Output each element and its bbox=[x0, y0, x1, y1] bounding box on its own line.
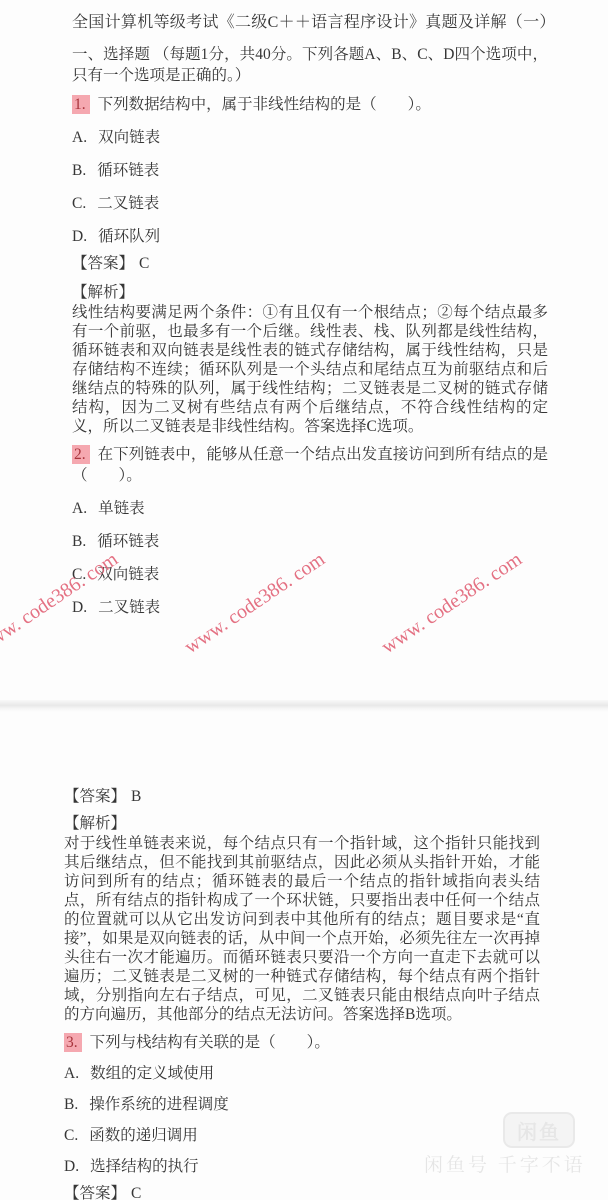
option-text: 函数的递归调用 bbox=[89, 1127, 198, 1144]
question-3-option-b: B.操作系统的进程调度 bbox=[64, 1094, 540, 1115]
question-3-option-a: A.数组的定义域使用 bbox=[64, 1063, 540, 1084]
option-key: D. bbox=[72, 228, 87, 245]
question-3-text: 下列与栈结构有关联的是（ ）。 bbox=[90, 1034, 330, 1051]
option-text: 单链表 bbox=[98, 500, 145, 517]
answer-letter: C bbox=[139, 255, 149, 272]
page-1-content: 全国计算机等级考试《二级C＋＋语言程序设计》真题及详解（一） 一、选择题 （每题… bbox=[0, 0, 608, 618]
question-2-answer: 【答案】B bbox=[64, 786, 540, 807]
xianyu-account-caption: 闲鱼号 千字不语 bbox=[424, 1150, 586, 1177]
question-2-option-b: B.循环链表 bbox=[72, 531, 548, 552]
question-1-analysis: 线性结构要满足两个条件：①有且仅有一个根结点；②每个结点最多有一个前驱，也最多有… bbox=[72, 303, 548, 436]
question-1: 1.下列数据结构中，属于非线性结构的是（ ）。 bbox=[72, 94, 548, 115]
option-key: B. bbox=[72, 162, 86, 179]
question-1-number-highlight: 1. bbox=[72, 95, 90, 114]
question-1-option-b: B.循环链表 bbox=[72, 160, 548, 181]
section-header: 一、选择题 （每题1分，共40分。下列各题A、B、C、D四个选项中，只有一个选项… bbox=[72, 44, 548, 86]
question-1-option-c: C.二叉链表 bbox=[72, 193, 548, 214]
option-key: B. bbox=[64, 1096, 78, 1113]
question-2-number-highlight: 2. bbox=[72, 445, 90, 464]
option-text: 循环队列 bbox=[98, 228, 160, 245]
option-key: C. bbox=[64, 1127, 78, 1144]
answer-label: 【答案】 bbox=[64, 1185, 126, 1200]
option-key: D. bbox=[72, 599, 87, 616]
option-key: C. bbox=[72, 195, 86, 212]
question-3-number-highlight: 3. bbox=[64, 1033, 82, 1052]
option-key: D. bbox=[64, 1158, 79, 1175]
doc-title: 全国计算机等级考试《二级C＋＋语言程序设计》真题及详解（一） bbox=[72, 12, 552, 34]
question-2: 2.在下列链表中，能够从任意一个结点出发直接访问到所有结点的是（ ）。 bbox=[72, 444, 548, 486]
option-text: 选择结构的执行 bbox=[90, 1158, 199, 1175]
page-separator bbox=[0, 700, 608, 712]
question-3-answer: 【答案】C bbox=[64, 1183, 540, 1200]
question-2-option-a: A.单链表 bbox=[72, 498, 548, 519]
answer-letter: B bbox=[131, 788, 141, 805]
question-1-option-d: D.循环队列 bbox=[72, 226, 548, 247]
option-text: 循环链表 bbox=[97, 533, 159, 550]
answer-label: 【答案】 bbox=[64, 788, 126, 805]
question-1-text: 下列数据结构中，属于非线性结构的是（ ）。 bbox=[98, 96, 431, 113]
option-text: 二叉链表 bbox=[98, 599, 160, 616]
question-2-analysis: 对于线性单链表来说，每个结点只有一个指针域，这个指针只能找到其后继结点，但不能找… bbox=[64, 834, 540, 1024]
option-text: 二叉链表 bbox=[97, 195, 159, 212]
option-key: B. bbox=[72, 533, 86, 550]
option-text: 循环链表 bbox=[97, 162, 159, 179]
option-text: 数组的定义域使用 bbox=[90, 1065, 214, 1082]
xianyu-logo-text: 闲鱼 bbox=[517, 1116, 561, 1145]
question-2-text: 在下列链表中，能够从任意一个结点出发直接访问到所有结点的是（ ）。 bbox=[72, 446, 548, 484]
scanned-exam-document: 全国计算机等级考试《二级C＋＋语言程序设计》真题及详解（一） 一、选择题 （每题… bbox=[0, 0, 608, 1200]
question-1-analysis-label: 【解析】 bbox=[72, 282, 548, 303]
question-2-analysis-label: 【解析】 bbox=[64, 813, 540, 834]
option-text: 操作系统的进程调度 bbox=[89, 1096, 229, 1113]
answer-label: 【答案】 bbox=[72, 255, 134, 272]
question-3-option-c: C.函数的递归调用 bbox=[64, 1125, 540, 1146]
question-1-option-a: A.双向链表 bbox=[72, 127, 548, 148]
option-key: A. bbox=[72, 129, 87, 146]
option-key: A. bbox=[72, 500, 87, 517]
answer-letter: C bbox=[131, 1185, 141, 1200]
question-2-option-c: C.双向链表 bbox=[72, 564, 548, 585]
question-2-option-d: D.二叉链表 bbox=[72, 597, 548, 618]
page-1: 全国计算机等级考试《二级C＋＋语言程序设计》真题及详解（一） 一、选择题 （每题… bbox=[0, 0, 608, 702]
option-key: A. bbox=[64, 1065, 79, 1082]
xianyu-logo-badge: 闲鱼 bbox=[503, 1112, 575, 1148]
question-1-answer: 【答案】C bbox=[72, 253, 548, 274]
option-key: C. bbox=[72, 566, 86, 583]
option-text: 双向链表 bbox=[98, 129, 160, 146]
option-text: 双向链表 bbox=[97, 566, 159, 583]
question-3: 3.下列与栈结构有关联的是（ ）。 bbox=[64, 1032, 540, 1053]
